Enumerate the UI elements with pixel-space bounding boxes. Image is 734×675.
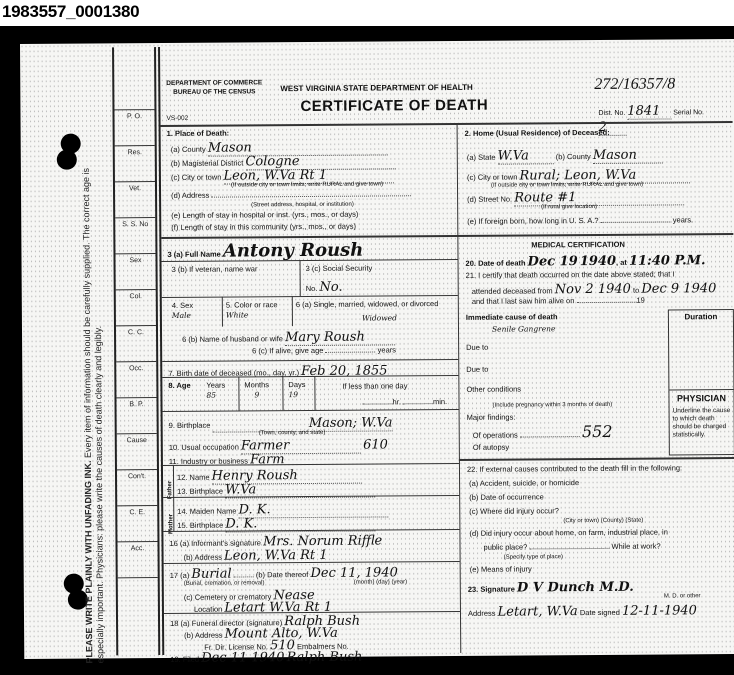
due-to-1: Due to [466,343,488,352]
residence-label: 2. Home (Usual Residence) of Deceased: [465,128,610,138]
immediate-cause: Senile Gangrene [492,324,555,333]
spouse-name: Mary Roush [285,329,395,346]
external-causes-title: 22. If external causes contributed to th… [467,463,682,474]
dept-header: DEPARTMENT OF COMMERCE BUREAU OF THE CEN… [166,78,262,97]
age-years: 85 [206,391,216,400]
autopsy: Of autopsy [473,443,509,452]
tab-res: Res. [115,145,155,181]
stay-community: (f) Length of stay in this community (yr… [171,222,356,232]
other-conditions: Other conditions [466,385,521,394]
tab-po: P. O. [114,109,154,145]
file-id: 1983557_0001380 [2,2,139,22]
tab-ssno: S. S. No [115,217,155,253]
instruction-text: Every item of information should be care… [81,168,93,458]
registrar-signature: Ralph Bush [287,650,363,666]
marital-status: Widowed [362,313,397,322]
tab-cont: Con't. [117,469,157,505]
death-time: 11:40 P.M. [629,253,706,269]
res-state: W.Va [498,148,554,164]
tab-vet: Vet. [115,181,155,217]
ss-number: No. [319,280,342,295]
sex: Male [172,311,191,320]
res-street: Route #1 [514,189,684,206]
physician-signature: D V Dunch M.D. [517,580,634,596]
age-days: 19 [288,390,298,399]
registration-number: 272/16357/8 [594,75,675,94]
physician-note: Underline the cause to which death shoul… [670,403,734,443]
physician-title: PHYSICIAN [669,389,733,403]
tab-sex: Sex [115,253,155,289]
cause-code: 552 [582,422,613,441]
punch-hole [57,150,77,170]
form-number: VS-002 [166,115,188,122]
state-dept: WEST VIRGINIA STATE DEPARTMENT OF HEALTH [280,83,472,93]
filed-date: Dec 11 1940 [201,650,284,666]
place-of-death-label: 1. Place of Death: [167,129,230,138]
death-date: Dec 19 [528,254,578,269]
stay-hospital: (e) Length of stay in hospital or inst. … [171,210,358,220]
dist-no: 1841 [627,103,671,119]
tab-ce: C. E. [117,505,157,541]
due-to-2: Due to [466,365,488,374]
date-signed: 12-11-1940 [622,603,697,619]
page-title: CERTIFICATE OF DEATH [300,97,488,115]
coding-tabs-column: P. O. Res. Vet. S. S. No Sex Col. C. C. … [112,47,160,655]
medical-cert-title: MEDICAL CERTIFICATION [531,240,625,250]
tab-cause: Cause [117,433,157,469]
occupation-code: 610 [363,437,388,452]
deceased-name: Antony Roush [223,240,364,262]
res-county: Mason [593,148,663,164]
certificate-form: DEPARTMENT OF COMMERCE BUREAU OF THE CEN… [158,43,734,655]
age-months: 9 [254,390,259,399]
instruction-bold: PLEASE WRITE PLAINLY WITH UNFADING INK. [83,460,94,663]
tab-col: Col. [116,289,156,325]
death-certificate: PLEASE WRITE PLAINLY WITH UNFADING INK. … [20,39,734,659]
veteran-war: 3 (b) If veteran, name war [172,264,258,274]
death-address [212,195,412,197]
physician-address: Letart, W.Va [498,604,578,620]
tab-occ: Occ. [116,361,156,397]
duration-box: Duration PHYSICIAN Underline the cause t… [668,309,734,455]
tab-cc: C. C. [116,325,156,361]
instructions-side-text: PLEASE WRITE PLAINLY WITH UNFADING INK. … [80,103,106,663]
race: White [226,310,248,319]
tab-acc: Acc. [117,541,157,577]
tab-bp: B. P. [116,397,156,433]
attended-to: Dec 9 1940 [641,281,716,297]
tab-blank [118,577,158,613]
disposition: Burial [191,567,231,582]
dist-serial: Dist. No. 1841 Serial No. 2 [598,103,732,136]
